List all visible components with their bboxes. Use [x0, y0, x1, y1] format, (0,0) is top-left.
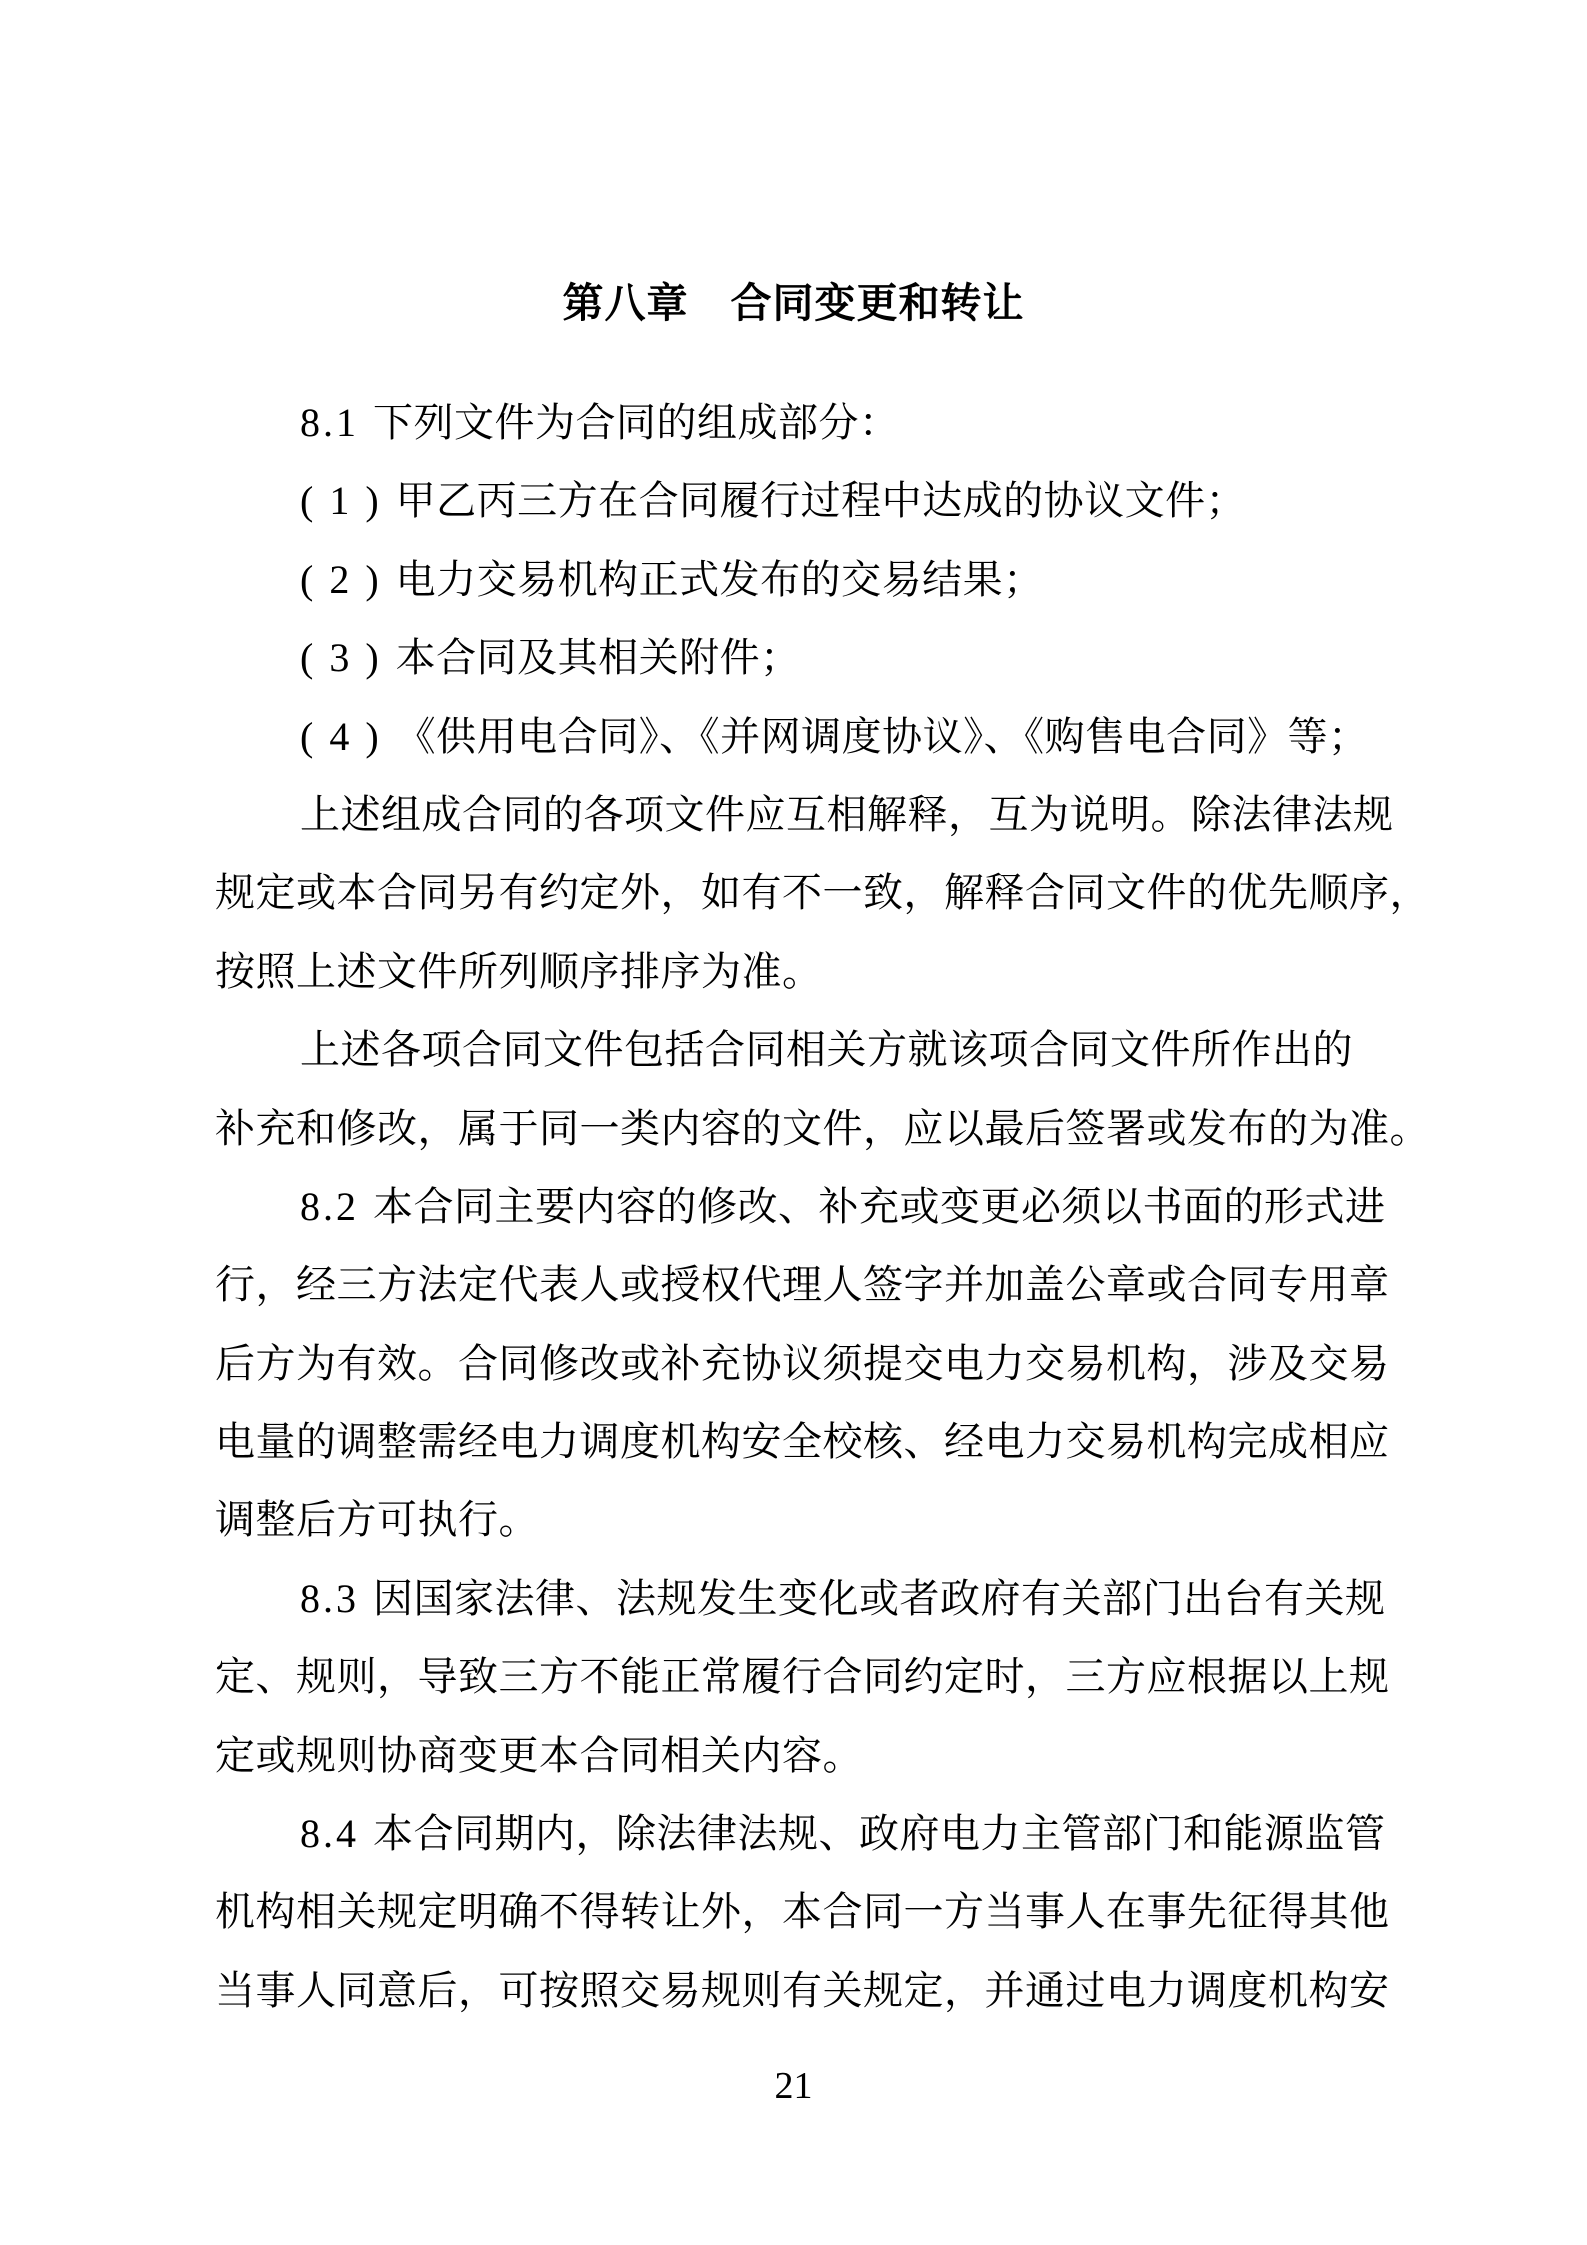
- text-line: 调整后方可执行。: [215, 1481, 1387, 1559]
- line-text: 《供用电合同》、《并网调度协议》、《购售电合同》等；: [396, 715, 1369, 759]
- line-text: 调整后方可执行。: [215, 1498, 539, 1542]
- line-text: 行，经三方法定代表人或授权代理人签字并加盖公章或合同专用章: [215, 1263, 1390, 1307]
- line-text: 上述组成合同的各项文件应互相解释，互为说明。除法律法规: [300, 793, 1394, 837]
- text-line: 机构相关规定明确不得转让外，本合同一方当事人在事先征得其他: [215, 1873, 1387, 1951]
- line-text: 下列文件为合同的组成部分：: [373, 401, 900, 445]
- paragraph: ( 1 )甲乙丙三方在合同履行过程中达成的协议文件；: [215, 462, 1387, 540]
- line-text: 因国家法律、法规发生变化或者政府有关部门出台有关规: [373, 1577, 1386, 1621]
- line-text: 规定或本合同另有约定外，如有不一致，解释合同文件的优先顺序，: [215, 871, 1430, 915]
- text-line: ( 2 )电力交易机构正式发布的交易结果；: [215, 541, 1387, 619]
- document-page: 第八章 合同变更和转让 8.1下列文件为合同的组成部分：( 1 )甲乙丙三方在合…: [0, 0, 1587, 2245]
- line-text: 电量的调整需经电力调度机构安全校核、经电力交易机构完成相应: [215, 1420, 1390, 1464]
- chapter-title: 第八章 合同变更和转让: [0, 281, 1587, 326]
- line-text: 电力交易机构正式发布的交易结果；: [396, 558, 1044, 602]
- paragraph: 8.3因国家法律、法规发生变化或者政府有关部门出台有关规定、规则，导致三方不能正…: [215, 1560, 1387, 1795]
- text-line: 上述各项合同文件包括合同相关方就该项合同文件所作出的: [215, 1011, 1387, 1089]
- line-text: 补充和修改，属于同一类内容的文件，应以最后签署或发布的为准。: [215, 1107, 1430, 1151]
- line-text: 本合同主要内容的修改、补充或变更必须以书面的形式进: [373, 1185, 1386, 1229]
- text-line: 8.2本合同主要内容的修改、补充或变更必须以书面的形式进: [215, 1168, 1387, 1246]
- paragraph: 8.2本合同主要内容的修改、补充或变更必须以书面的形式进行，经三方法定代表人或授…: [215, 1168, 1387, 1560]
- text-line: 定或规则协商变更本合同相关内容。: [215, 1717, 1387, 1795]
- clause-number: ( 1 ): [300, 478, 382, 523]
- line-text: 上述各项合同文件包括合同相关方就该项合同文件所作出的: [300, 1028, 1353, 1072]
- line-text: 按照上述文件所列顺序排序为准。: [215, 950, 823, 994]
- clause-number: ( 2 ): [300, 557, 382, 602]
- clause-number: 8.4: [300, 1811, 359, 1856]
- page-number: 21: [0, 2062, 1587, 2110]
- text-line: 8.4本合同期内，除法律法规、政府电力主管部门和能源监管: [215, 1795, 1387, 1873]
- paragraph: 上述各项合同文件包括合同相关方就该项合同文件所作出的补充和修改，属于同一类内容的…: [215, 1011, 1387, 1168]
- text-line: 电量的调整需经电力调度机构安全校核、经电力交易机构完成相应: [215, 1403, 1387, 1481]
- line-text: 机构相关规定明确不得转让外，本合同一方当事人在事先征得其他: [215, 1890, 1390, 1934]
- line-text: 定、规则，导致三方不能正常履行合同约定时，三方应根据以上规: [215, 1655, 1390, 1699]
- text-line: 行，经三方法定代表人或授权代理人签字并加盖公章或合同专用章: [215, 1246, 1387, 1324]
- clause-number: 8.1: [300, 400, 359, 445]
- line-text: 后方为有效。合同修改或补充协议须提交电力交易机构，涉及交易: [215, 1342, 1390, 1386]
- text-line: 补充和修改，属于同一类内容的文件，应以最后签署或发布的为准。: [215, 1090, 1387, 1168]
- text-line: ( 3 )本合同及其相关附件；: [215, 619, 1387, 697]
- line-text: 定或规则协商变更本合同相关内容。: [215, 1734, 863, 1778]
- text-line: 后方为有效。合同修改或补充协议须提交电力交易机构，涉及交易: [215, 1325, 1387, 1403]
- paragraph: 上述组成合同的各项文件应互相解释，互为说明。除法律法规规定或本合同另有约定外，如…: [215, 776, 1387, 1011]
- text-line: 定、规则，导致三方不能正常履行合同约定时，三方应根据以上规: [215, 1638, 1387, 1716]
- text-line: 当事人同意后，可按照交易规则有关规定，并通过电力调度机构安: [215, 1952, 1387, 2030]
- text-line: 上述组成合同的各项文件应互相解释，互为说明。除法律法规: [215, 776, 1387, 854]
- text-line: 8.3因国家法律、法规发生变化或者政府有关部门出台有关规: [215, 1560, 1387, 1638]
- clause-number: 8.2: [300, 1184, 359, 1229]
- line-text: 当事人同意后，可按照交易规则有关规定，并通过电力调度机构安: [215, 1969, 1390, 2013]
- paragraph: 8.4本合同期内，除法律法规、政府电力主管部门和能源监管机构相关规定明确不得转让…: [215, 1795, 1387, 2030]
- clause-number: ( 4 ): [300, 714, 382, 759]
- line-text: 本合同期内，除法律法规、政府电力主管部门和能源监管: [373, 1812, 1386, 1856]
- text-line: ( 4 )《供用电合同》、《并网调度协议》、《购售电合同》等；: [215, 698, 1387, 776]
- line-text: 本合同及其相关附件；: [396, 636, 801, 680]
- paragraph: ( 3 )本合同及其相关附件；: [215, 619, 1387, 697]
- paragraph: 8.1下列文件为合同的组成部分：: [215, 384, 1387, 462]
- text-line: 按照上述文件所列顺序排序为准。: [215, 933, 1387, 1011]
- clause-number: ( 3 ): [300, 635, 382, 680]
- document-body: 8.1下列文件为合同的组成部分：( 1 )甲乙丙三方在合同履行过程中达成的协议文…: [215, 384, 1387, 2030]
- clause-number: 8.3: [300, 1576, 359, 1621]
- text-line: 规定或本合同另有约定外，如有不一致，解释合同文件的优先顺序，: [215, 854, 1387, 932]
- text-line: ( 1 )甲乙丙三方在合同履行过程中达成的协议文件；: [215, 462, 1387, 540]
- text-line: 8.1下列文件为合同的组成部分：: [215, 384, 1387, 462]
- paragraph: ( 4 )《供用电合同》、《并网调度协议》、《购售电合同》等；: [215, 698, 1387, 776]
- paragraph: ( 2 )电力交易机构正式发布的交易结果；: [215, 541, 1387, 619]
- line-text: 甲乙丙三方在合同履行过程中达成的协议文件；: [396, 479, 1247, 523]
